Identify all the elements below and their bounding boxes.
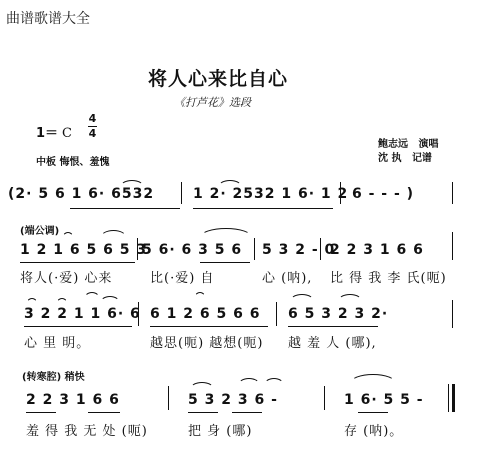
credit-performer: 鲍志远 演唱 [378, 138, 438, 152]
lyrics-line2-bar2: 比(·爱) 自 [150, 267, 214, 286]
barline [448, 384, 449, 412]
lyrics-line2-bar1: 将人(·爱) 心来 [20, 267, 112, 286]
slur [190, 382, 214, 389]
barline [137, 238, 138, 260]
notes-line3-bar3: 6 5 3 2 3 2· [288, 306, 388, 322]
slur [56, 298, 68, 305]
slur [194, 292, 206, 299]
barline [276, 302, 277, 326]
slur [238, 378, 260, 385]
key-letter: C [62, 126, 72, 141]
beam [150, 326, 268, 327]
notes-line2-bar3: 5 3 2 - 0 [262, 242, 335, 258]
key-prefix: 1＝ [36, 126, 58, 141]
slur [350, 374, 396, 383]
beam [193, 208, 333, 209]
time-sig-top: 4 [89, 112, 97, 125]
barline [452, 300, 453, 328]
slur [338, 294, 362, 301]
time-sig-bottom: 4 [89, 127, 97, 140]
notes-line1-bar2: 1 2· 2532 1 6· 1 2 [193, 186, 348, 202]
barline [452, 182, 453, 204]
slur [62, 232, 74, 239]
barline [340, 182, 341, 204]
barline [320, 238, 321, 260]
beam [200, 262, 250, 263]
notes-line1-bar1: (2· 5 6 1 6· 6532 [8, 186, 154, 202]
credit-transcriber: 沈 执 记谱 [378, 152, 438, 166]
notes-line2-bar4: 2 2 3 1 6 6 [330, 242, 424, 258]
lyrics-line2-bar4: 比 得 我 李 氏(呃) [330, 267, 447, 286]
site-title: 曲谱歌谱大全 [6, 8, 90, 28]
key-signature: 1＝C [36, 122, 72, 141]
beam [70, 208, 180, 209]
slur [264, 378, 284, 385]
beam [288, 326, 378, 327]
section-label-zhuanhan: (转寒腔) 稍快 [22, 368, 85, 383]
notes-line3-bar1: 3 2 2 1 1 6· 6 [24, 306, 141, 322]
lyrics-line4-bar1: 羞 得 我 无 处 (呃) [26, 420, 148, 439]
barline [324, 386, 325, 410]
song-subtitle: 《打芦花》选段 [174, 94, 251, 110]
lyrics-line3-bar1: 心 里 明。 [24, 332, 90, 351]
beam [88, 412, 120, 413]
section-label-duangong: (端公调) [20, 222, 59, 237]
credits: 鲍志远 演唱 沈 执 记谱 [378, 138, 438, 166]
tempo-expression: 中板 悔恨、羞愧 [36, 153, 109, 168]
slur [84, 292, 100, 299]
lyrics-line3-bar3: 越 羞 人 (哪), [288, 332, 377, 351]
time-signature: 4 4 [88, 113, 97, 140]
barline [254, 238, 255, 260]
notes-line2-bar1: 1 2 1 6 5 6 5 3 [20, 242, 147, 258]
barline [138, 302, 139, 326]
notes-line4-bar3: 1 6· 5 5 - [344, 392, 424, 408]
barline [181, 182, 182, 204]
final-barline [452, 384, 455, 412]
slur [120, 180, 144, 187]
lyrics-line4-bar2: 把 身 (哪) [188, 420, 252, 439]
beam [24, 326, 132, 327]
notes-line2-bar2: 5 6· 6 3 5 6 [142, 242, 242, 258]
barline [452, 232, 453, 260]
song-title: 将人心来比自心 [148, 64, 288, 91]
barline [168, 386, 169, 410]
notes-line3-bar2: 6 1 2 6 5 6 6 [150, 306, 260, 322]
notes-line4-bar1: 2 2 3 1 6 6 [26, 392, 120, 408]
notes-line4-bar2: 5 3 2 3 6 - [188, 392, 278, 408]
lyrics-line4-bar3: 存 (呐)。 [344, 420, 403, 439]
slur [26, 298, 38, 305]
lyrics-line3-bar2: 越思(呃) 越想(呃) [150, 332, 263, 351]
slur [100, 296, 120, 303]
slur [200, 228, 252, 237]
slur [218, 180, 242, 187]
slur [290, 294, 314, 301]
beam [358, 412, 388, 413]
lyrics-line2-bar3: 心 (呐), [262, 267, 312, 286]
notes-line1-bar3: 6 - - - ) [352, 186, 414, 202]
beam [26, 412, 56, 413]
beam [20, 262, 135, 263]
beam [232, 412, 262, 413]
slur [100, 230, 127, 238]
beam [188, 412, 218, 413]
